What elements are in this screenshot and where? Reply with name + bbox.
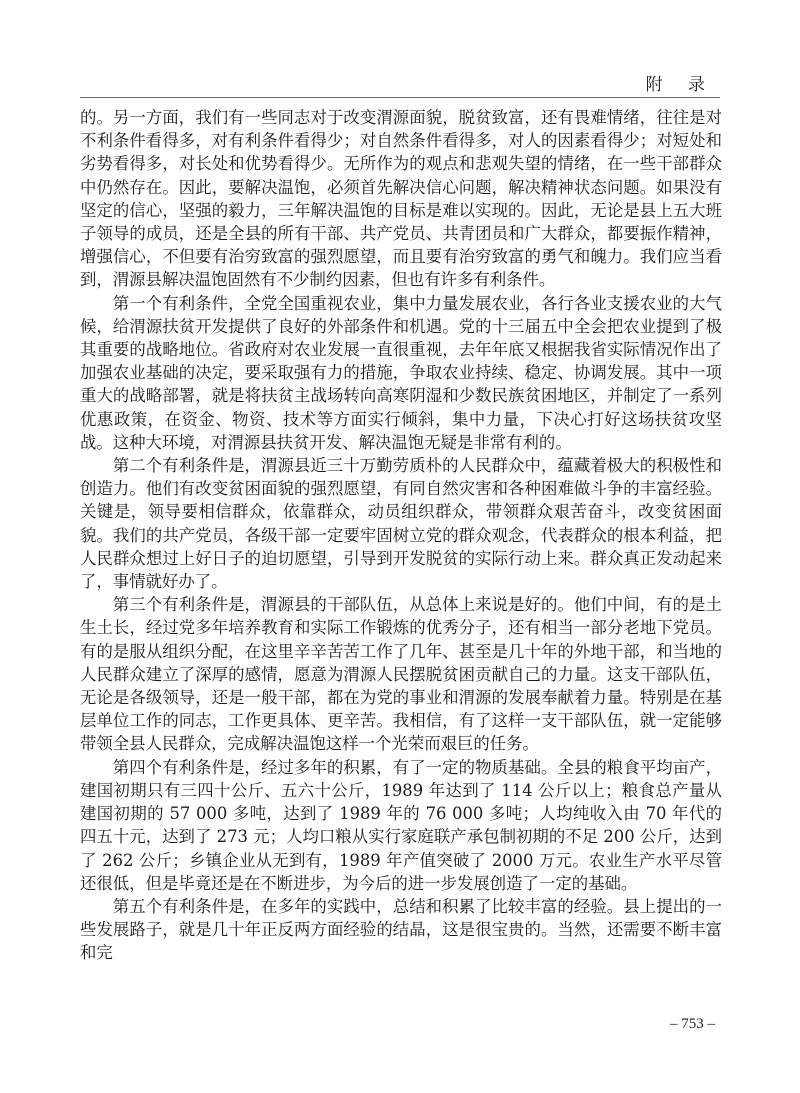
paragraph-condition-1: 第一个有利条件，全党全国重视农业，集中力量发展农业，各行各业支援农业的大气候，给… xyxy=(80,292,722,454)
page-number: – 753 – xyxy=(670,1016,715,1033)
paragraph-condition-2: 第二个有利条件是，渭源县近三十万勤劳质朴的人民群众中，蕴藏着极大的积极性和创造力… xyxy=(80,454,722,593)
paragraph-condition-4: 第四个有利条件是，经过多年的积累，有了一定的物质基础。全县的粮食平均亩产，建国初… xyxy=(80,756,722,895)
body-text: 的。另一方面，我们有一些同志对于改变渭源面貌，脱贫致富，还有畏难情绪，往往是对不… xyxy=(80,106,722,965)
document-page: 附 录 的。另一方面，我们有一些同志对于改变渭源面貌，脱贫致富，还有畏难情绪，往… xyxy=(0,0,800,1093)
running-header-title: 附 录 xyxy=(646,70,715,95)
paragraph-continuation: 的。另一方面，我们有一些同志对于改变渭源面貌，脱贫致富，还有畏难情绪，往往是对不… xyxy=(80,106,722,292)
paragraph-condition-5: 第五个有利条件是，在多年的实践中，总结和积累了比较丰富的经验。县上提出的一些发展… xyxy=(80,895,722,965)
paragraph-condition-3: 第三个有利条件是，渭源县的干部队伍，从总体上来说是好的。他们中间，有的是土生土长… xyxy=(80,593,722,755)
header-rule xyxy=(80,97,720,98)
